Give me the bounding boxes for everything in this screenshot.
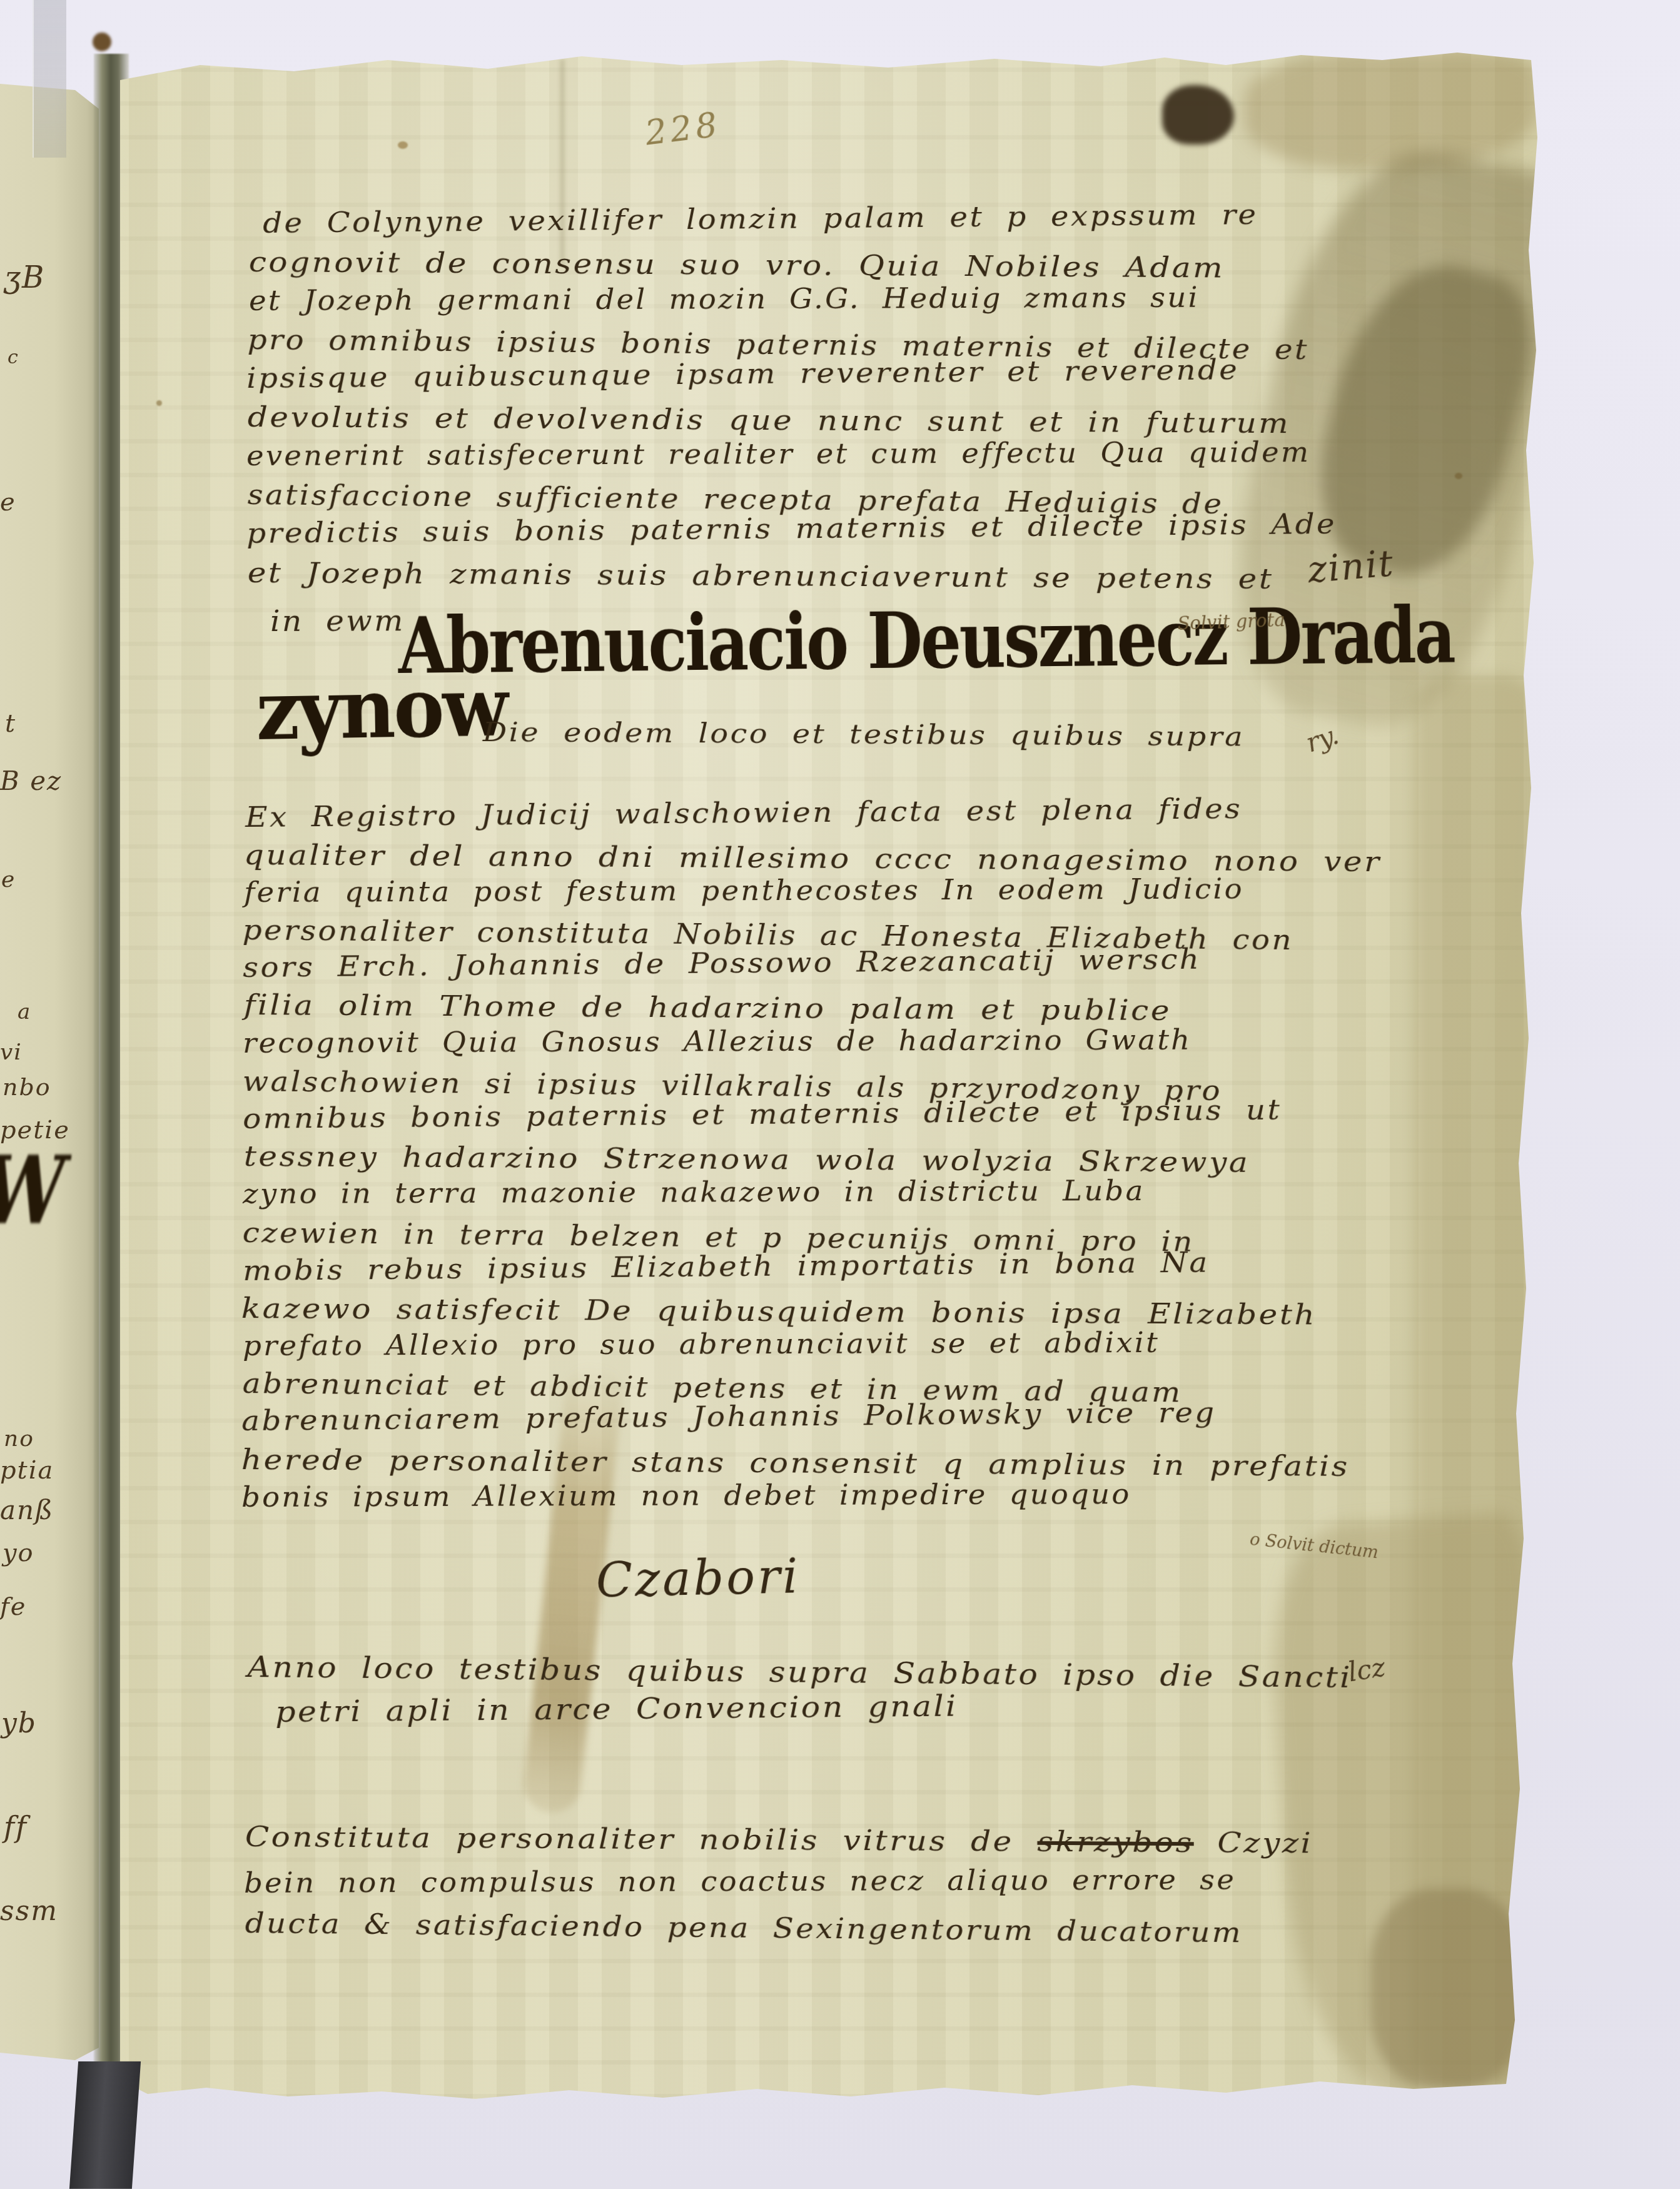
burn-mark [1162,85,1234,144]
folio-number: 228 [643,104,723,153]
heading-line-2-word: zynow [255,657,507,759]
margin-fragment: ʒB [4,260,45,295]
body-line: ipsisque quibuscunque ipsam reverenter e… [246,354,1239,395]
subheading-czabori: Czabori [595,1548,801,1608]
body-line: qualiter del anno dni millesimo cccc non… [244,839,1382,878]
binding-clamp [69,2061,141,2189]
heading-line-2-continuation: Die eodem loco et testibus quibus supra [483,717,1245,752]
body-line: devolutis et devolvendis que nunc sunt e… [248,402,1291,440]
body-line: cognovit de consensu suo vro. Quia Nobil… [249,246,1225,285]
body-line: et Jozeph zmanis suis abrenunciaverunt s… [248,557,1274,595]
margin-fragment: ssm [0,1895,58,1927]
body-line: abrenunciarem prefatus Johannis Polkowsk… [241,1397,1217,1437]
glass-holder-strip [33,0,66,158]
body-line: petri apli in arce Convencion gnali [275,1689,958,1729]
body-line: Anno loco testibus quibus supra Sabbato … [247,1650,1352,1694]
body-line: de Colynyne vexillifer lomzin palam et p… [263,199,1258,240]
water-stain-bottom-streak [1370,1889,1526,2089]
margin-fragment: c [8,346,19,368]
margin-fragment: ff [4,1810,28,1844]
struck-word: skrzybos [1037,1826,1194,1859]
margin-fragment: ptia [0,1456,54,1485]
previous-page-edge: ʒB c e t B ez e a vi nbo petie W no ptia… [0,84,99,2071]
debris-speck [93,33,111,51]
margin-fragment: vi [0,1039,23,1065]
body-line: herede personaliter stans consensit q am… [241,1444,1350,1483]
ink-blot-fragment: W [0,1136,67,1246]
water-stain-lower [1262,1511,1564,2103]
margin-note-ry: ry. [1302,719,1342,759]
body-line: in ewm [270,604,405,638]
fox-spot [398,141,408,149]
heading-line-1: Abrenuciacio Deusznecz Drada [398,589,1454,692]
margin-fragment: no [4,1426,34,1452]
body-line: filia olim Thome de hadarzino palam et p… [244,989,1171,1027]
body-line: kazewo satisfecit De quibusquidem bonis … [241,1293,1317,1332]
body-line: Constituta personaliter nobilis vitrus d… [245,1821,1313,1859]
margin-fragment: nbo [3,1073,51,1101]
body-line: feria quinta post festum penthecostes In… [244,873,1244,909]
water-stain-right-band [1415,675,1540,2089]
body-line: recognovit Quia Gnosus Allezius de hadar… [243,1024,1192,1059]
margin-fragment: yo [3,1539,34,1567]
body-line: sors Erch. Johannis de Possowo Rzezancat… [243,944,1201,984]
margin-note-solvit-dictum: o Solvit dictum [1249,1530,1380,1562]
margin-fragment: e [0,488,16,517]
fox-spot [1455,473,1462,479]
water-stain-core [1297,245,1549,592]
margin-fragment: anß [0,1495,54,1525]
stain-top-right-corner [1245,51,1539,170]
fox-spot [156,400,162,406]
margin-fragment: yb [1,1707,37,1739]
body-line: predictis suis bonis paternis maternis e… [246,508,1337,550]
body-line: mobis rebus ipsius Elizabeth importatis … [243,1247,1210,1287]
body-line: bonis ipsum Allexium non debet impedire … [241,1479,1131,1514]
body-line: ducta & satisfaciendo pena Sexingentorum… [245,1908,1243,1949]
body-line: zyno in terra mazonie nakazewo in distri… [243,1175,1145,1210]
body-line: bein non compulsus non coactus necz aliq… [244,1864,1236,1899]
manuscript-page: 228 de Colynyne vexillifer lomzin palam … [0,0,1680,2189]
margin-fragment: a [18,999,31,1024]
margin-note-solvit-grota: Solvit grota [1177,609,1285,634]
body-line: prefato Allexio pro suo abrenunciavit se… [243,1327,1160,1362]
line-text: Constituta personaliter nobilis vitrus d… [245,1821,1038,1858]
line-text: Czyzi [1194,1827,1313,1859]
body-line: omnibus bonis paternis et maternis dilec… [243,1094,1282,1135]
margin-note-zinit: zinit [1306,542,1396,592]
manuscript-scan: ʒB c e t B ez e a vi nbo petie W no ptia… [0,0,1680,2189]
body-line: et Jozeph germani del mozin G.G. Heduig … [249,282,1200,317]
body-line: Ex Registro Judicij walschowien facta es… [245,793,1242,834]
margin-fragment: B ez [0,766,62,796]
margin-fragment: e [1,867,16,892]
margin-fragment: t [5,709,16,738]
body-line: tessney hadarzino Strzenowa wola wolyzia… [244,1141,1250,1179]
margin-fragment: fe [0,1592,26,1621]
body-line: evenerint satisfecerunt realiter et cum … [246,437,1310,472]
